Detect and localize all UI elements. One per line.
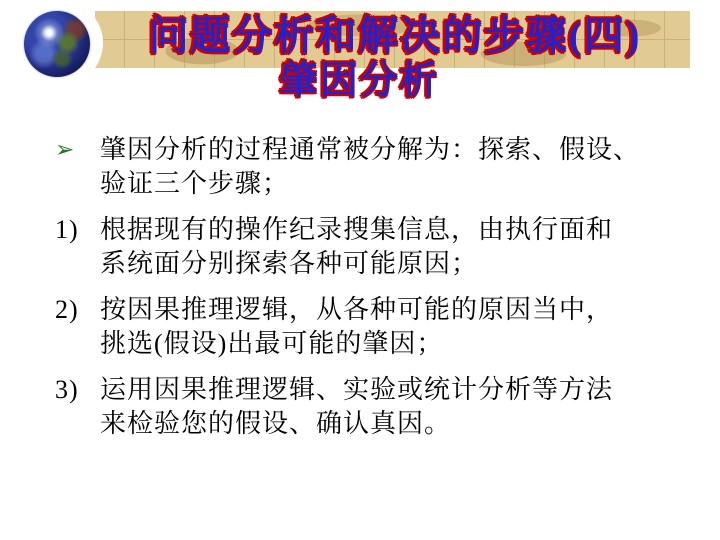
slide-title-line1: 问题分析和解决的步骤(四) bbox=[35, 12, 720, 60]
list-item-text: 按因果推理逻辑，从各种可能的原因当中， 挑选(假设)出最可能的肇因； bbox=[100, 293, 690, 361]
presentation-slide: 问题分析和解决的步骤(四) 肇因分析 ➢ 肇因分析的过程通常被分解为：探索、假设… bbox=[0, 0, 720, 540]
list-item: ➢ 肇因分析的过程通常被分解为：探索、假设、 验证三个步骤； bbox=[55, 133, 690, 201]
list-number: 1) bbox=[55, 213, 100, 281]
list-item-text: 根据现有的操作纪录搜集信息，由执行面和 系统面分别探索各种可能原因； bbox=[100, 213, 690, 281]
arrow-bullet-icon: ➢ bbox=[55, 133, 100, 201]
list-number: 2) bbox=[55, 293, 100, 361]
slide-title-line2: 肇因分析 bbox=[0, 58, 720, 104]
list-number: 3) bbox=[55, 373, 100, 441]
list-item: 3) 运用因果推理逻辑、实验或统计分析等方法 来检验您的假设、确认真因。 bbox=[55, 373, 690, 441]
list-item: 2) 按因果推理逻辑，从各种可能的原因当中， 挑选(假设)出最可能的肇因； bbox=[55, 293, 690, 361]
list-item: 1) 根据现有的操作纪录搜集信息，由执行面和 系统面分别探索各种可能原因； bbox=[55, 213, 690, 281]
list-item-text: 运用因果推理逻辑、实验或统计分析等方法 来检验您的假设、确认真因。 bbox=[100, 373, 690, 441]
list-item-text: 肇因分析的过程通常被分解为：探索、假设、 验证三个步骤； bbox=[100, 133, 690, 201]
slide-body: ➢ 肇因分析的过程通常被分解为：探索、假设、 验证三个步骤； 1) 根据现有的操… bbox=[55, 133, 690, 453]
